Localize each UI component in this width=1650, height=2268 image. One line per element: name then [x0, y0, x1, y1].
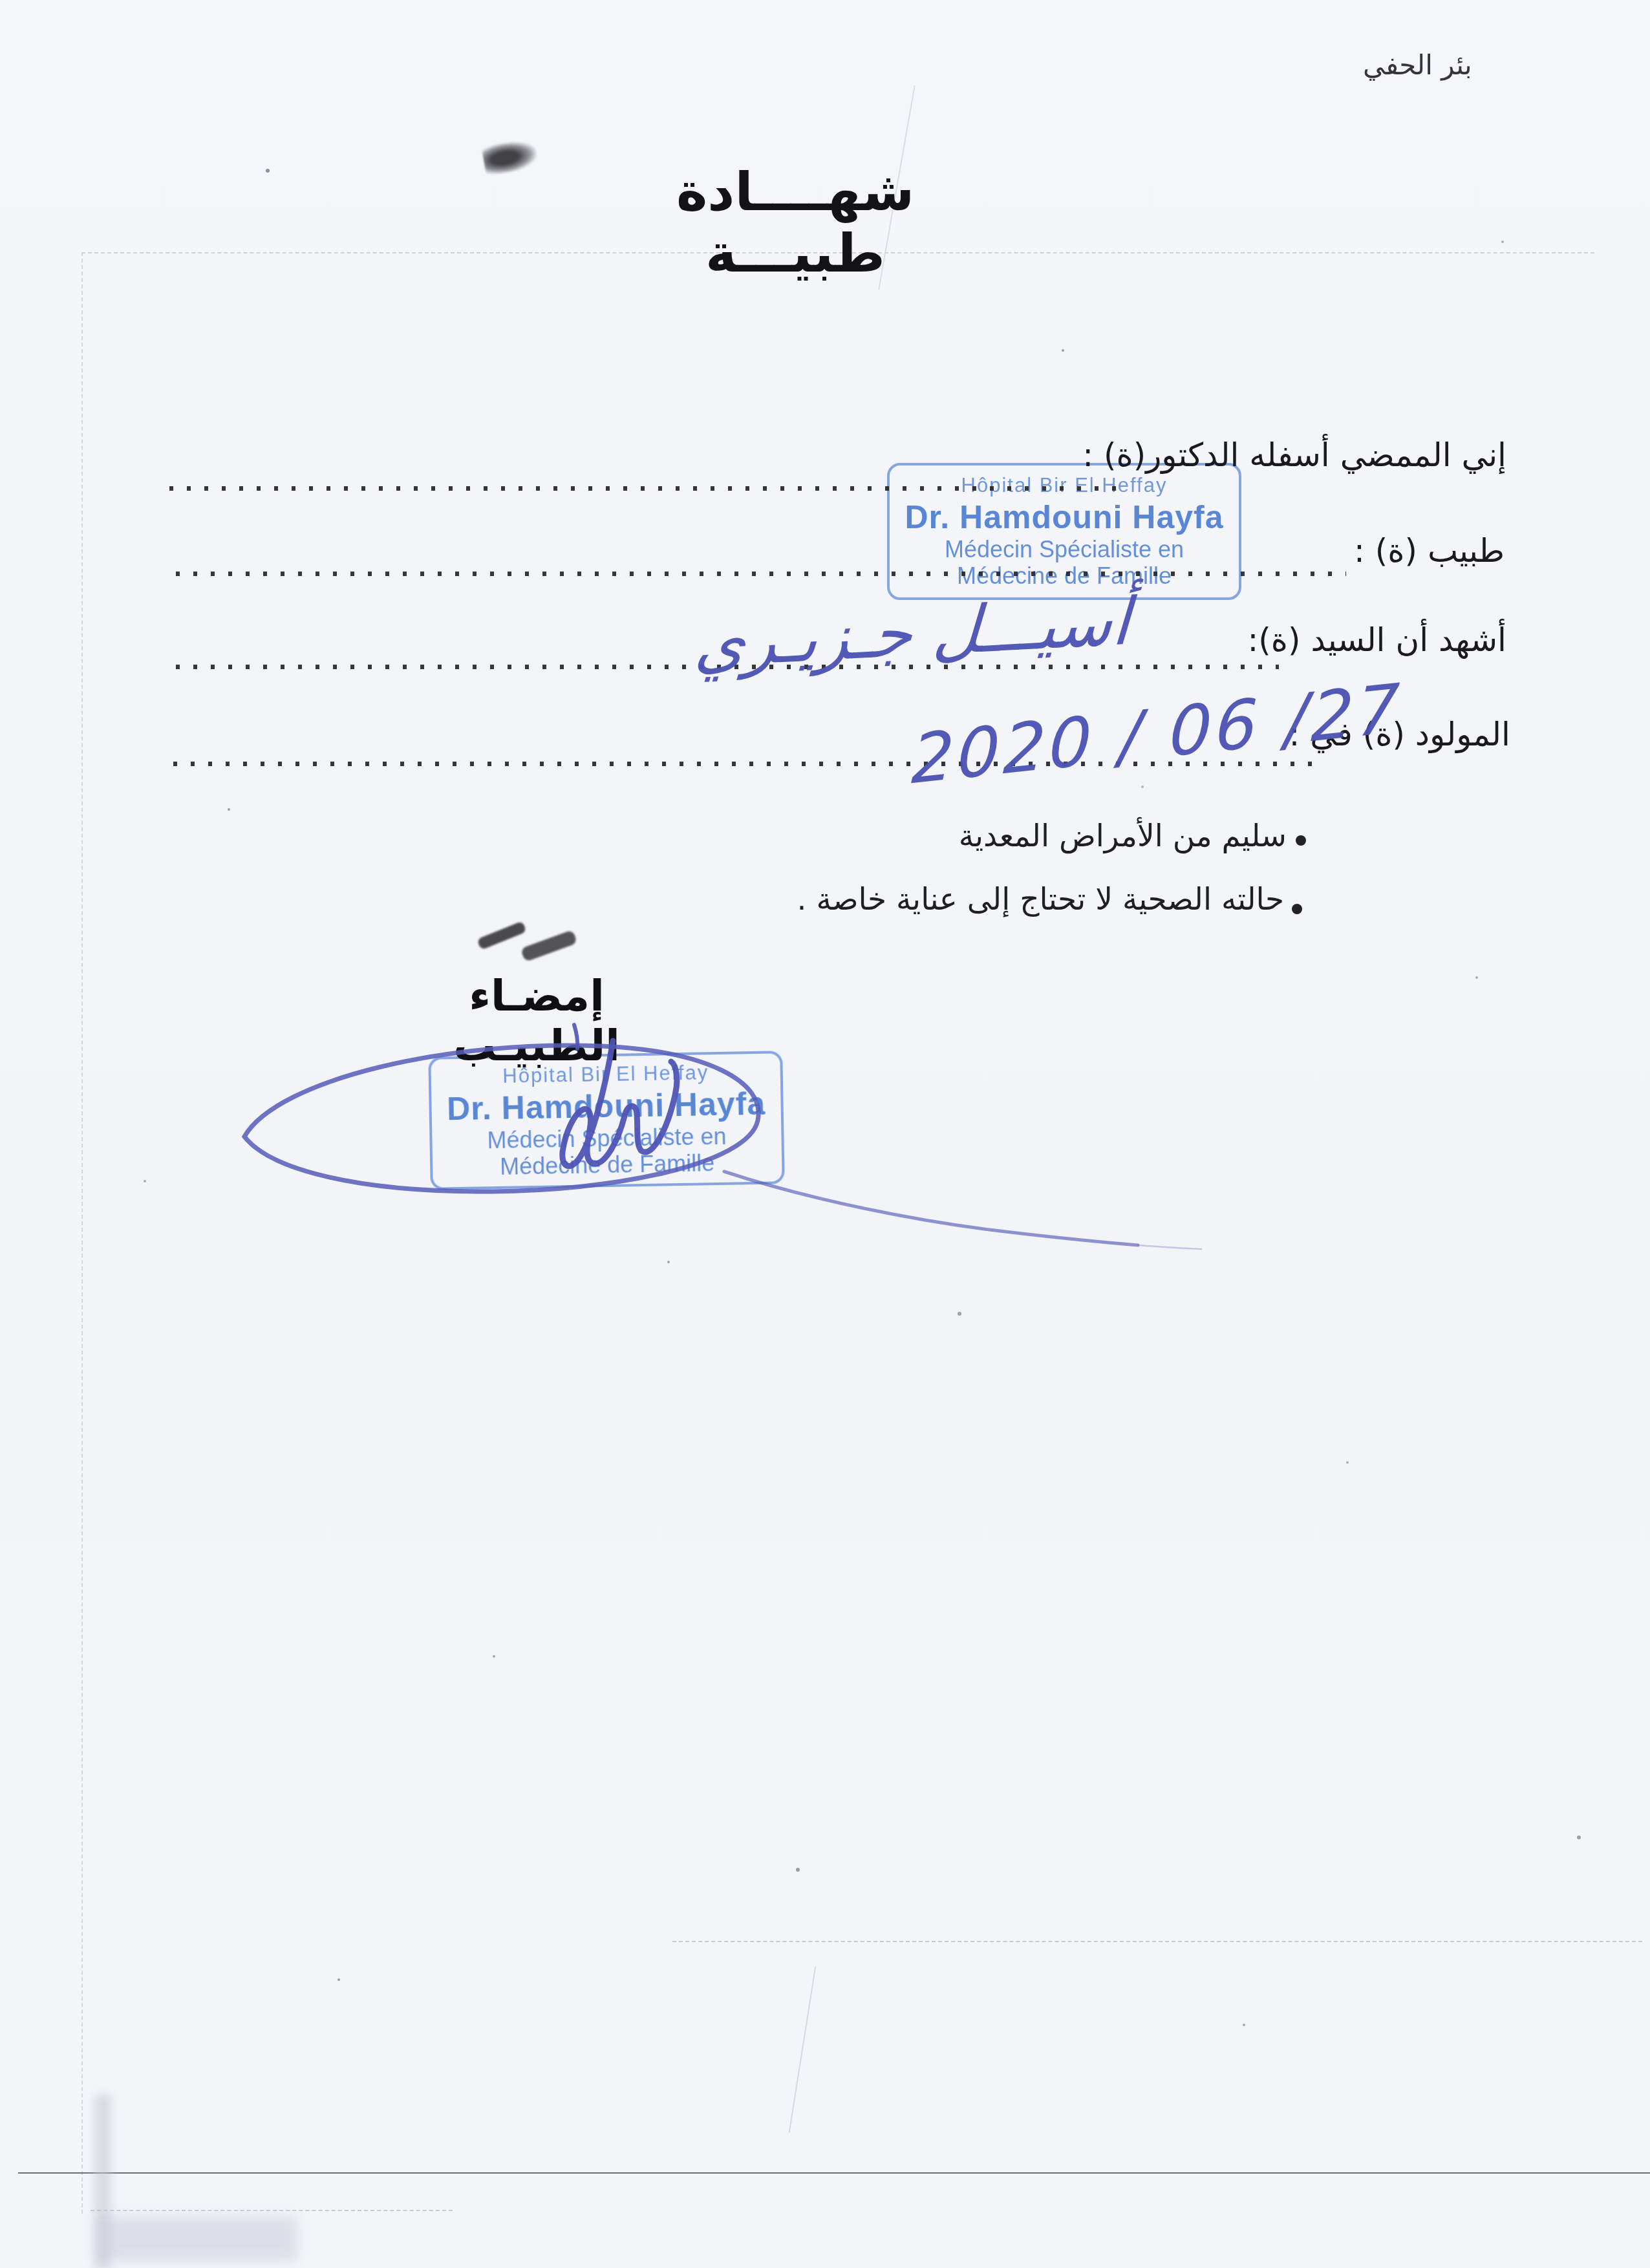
label-certify-person: أشهد أن السيد (ة):	[1248, 619, 1507, 661]
signature-ellipse-tail-fade	[1138, 1245, 1201, 1249]
bullet-marker	[1292, 904, 1302, 914]
scan-bottom-line	[18, 2172, 1650, 2174]
region-name-note: بئر الحفي	[1363, 49, 1472, 81]
scan-bottom-faint-line	[91, 2210, 453, 2211]
ink-smudge	[477, 921, 526, 950]
dotted-fill-line	[176, 572, 1346, 576]
bullet-free-of-contagious-diseases: سليم من الأمراض المعدية	[959, 818, 1287, 854]
dust-specks	[0, 0, 3, 3]
signature-ink-overlay	[0, 0, 1650, 2268]
scan-smudge-patch	[97, 2216, 297, 2262]
stamp-hospital-name: Hôpital Bir El Heffay	[961, 474, 1168, 497]
signature-ellipse-tail	[724, 1171, 1138, 1245]
handwritten-birthdate: 2020 / 06 /27	[910, 669, 1404, 800]
certificate-title: شهــــادة طبيـــة	[634, 162, 957, 284]
doctor-rubber-stamp-upper: Hôpital Bir El Heffay Dr. Hamdouni Hayfa…	[887, 463, 1241, 600]
stamp-doctor-name: Dr. Hamdouni Hayfa	[447, 1084, 766, 1128]
stamp-specialty-line: Médecine de Famille	[500, 1150, 715, 1180]
label-undersigned-doctor: إني الممضي أسفله الدكتور(ة) :	[1082, 434, 1506, 476]
dotted-fill-line	[169, 486, 1126, 491]
scan-faint-line	[672, 1941, 1642, 1942]
doctor-signature-heading: إمضـاء الطبيـب	[414, 971, 659, 1071]
ink-smudge	[520, 930, 577, 962]
bullet-no-special-care-needed: حالته الصحية لا تحتاج إلى عناية خاصة .	[797, 882, 1284, 917]
scan-frame-left-line	[81, 252, 83, 2214]
bullet-marker	[1296, 835, 1306, 846]
scanned-medical-certificate-page: بئر الحفي شهــــادة طبيـــة Hôpital Bir …	[0, 0, 1650, 2268]
stamp-doctor-name: Dr. Hamdouni Hayfa	[905, 498, 1223, 536]
doctor-rubber-stamp-lower: Hôpital Bir El Heffay Dr. Hamdouni Hayfa…	[428, 1051, 785, 1190]
stamp-specialty-line: Médecin Spécialiste en	[945, 536, 1184, 562]
paper-crease-bottom	[789, 1966, 817, 2132]
stamp-specialty-line: Médecin Spécialiste en	[487, 1122, 727, 1153]
ink-blot	[482, 138, 539, 177]
label-doctor-title: طبيب (ة) :	[1354, 530, 1505, 572]
